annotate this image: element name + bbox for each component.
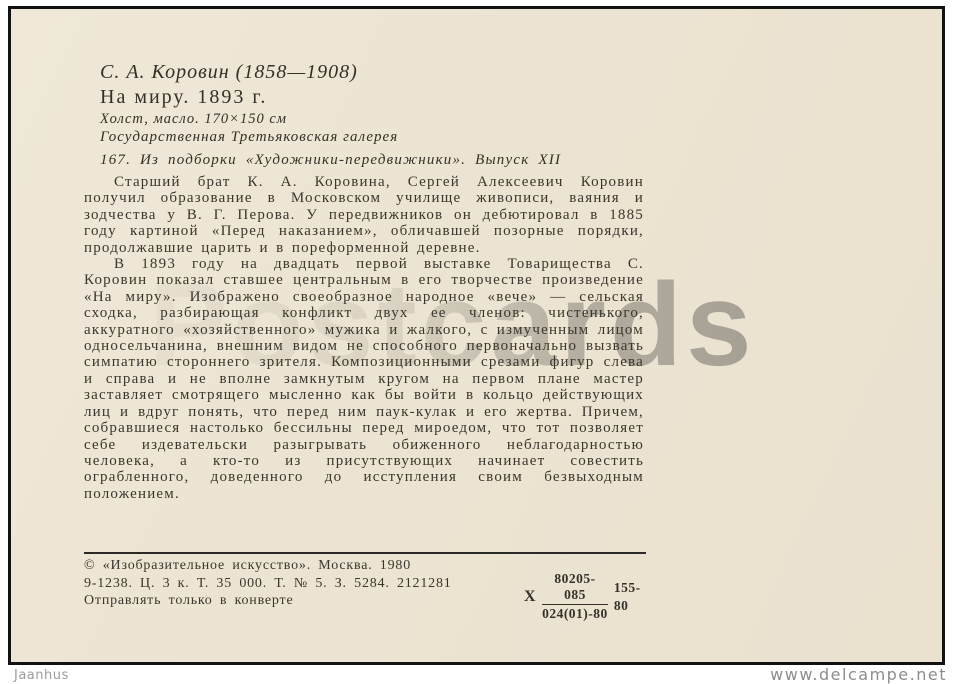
catalog-index-denominator: 024(01)-80	[542, 605, 608, 622]
description-text: Старший брат К. А. Коровина, Сергей Алек…	[84, 174, 644, 548]
catalog-index-numerator: 80205-085	[542, 571, 608, 605]
medium-line: Холст, масло. 170×150 см	[100, 110, 561, 128]
postcard-back-scan: Postcards С. А. Коровин (1858—1908) На м…	[8, 6, 945, 665]
description-paragraph-2: В 1893 году на двадцать первой выставке …	[84, 256, 644, 502]
museum-line: Государственная Третьяковская галерея	[100, 128, 561, 147]
imprint-block: © «Изобразительное искусство». Москва. 1…	[84, 557, 646, 610]
site-watermark: www.delcampe.net	[770, 665, 947, 684]
imprint-divider-rule	[84, 552, 646, 554]
description-paragraph-1: Старший брат К. А. Коровина, Сергей Алек…	[84, 174, 644, 256]
catalog-index: Х 80205-085 024(01)-80 155-80	[524, 571, 646, 622]
painting-title-line: На миру. 1893 г.	[100, 85, 561, 110]
catalog-index-suffix: 155-80	[614, 579, 646, 614]
scan-page: { "card": { "header": { "artist": "С. А.…	[0, 0, 957, 684]
seller-watermark: Jaanhus	[14, 668, 69, 683]
catalog-index-prefix: Х	[524, 588, 536, 606]
scan-footer-strip: Jaanhus www.delcampe.net	[0, 665, 957, 684]
artist-line: С. А. Коровин (1858—1908)	[100, 59, 561, 85]
caption-block: С. А. Коровин (1858—1908) На миру. 1893 …	[100, 59, 561, 169]
series-line: 167. Из подборки «Художники-передвижники…	[100, 152, 561, 169]
catalog-index-fraction: 80205-085 024(01)-80	[542, 571, 608, 622]
